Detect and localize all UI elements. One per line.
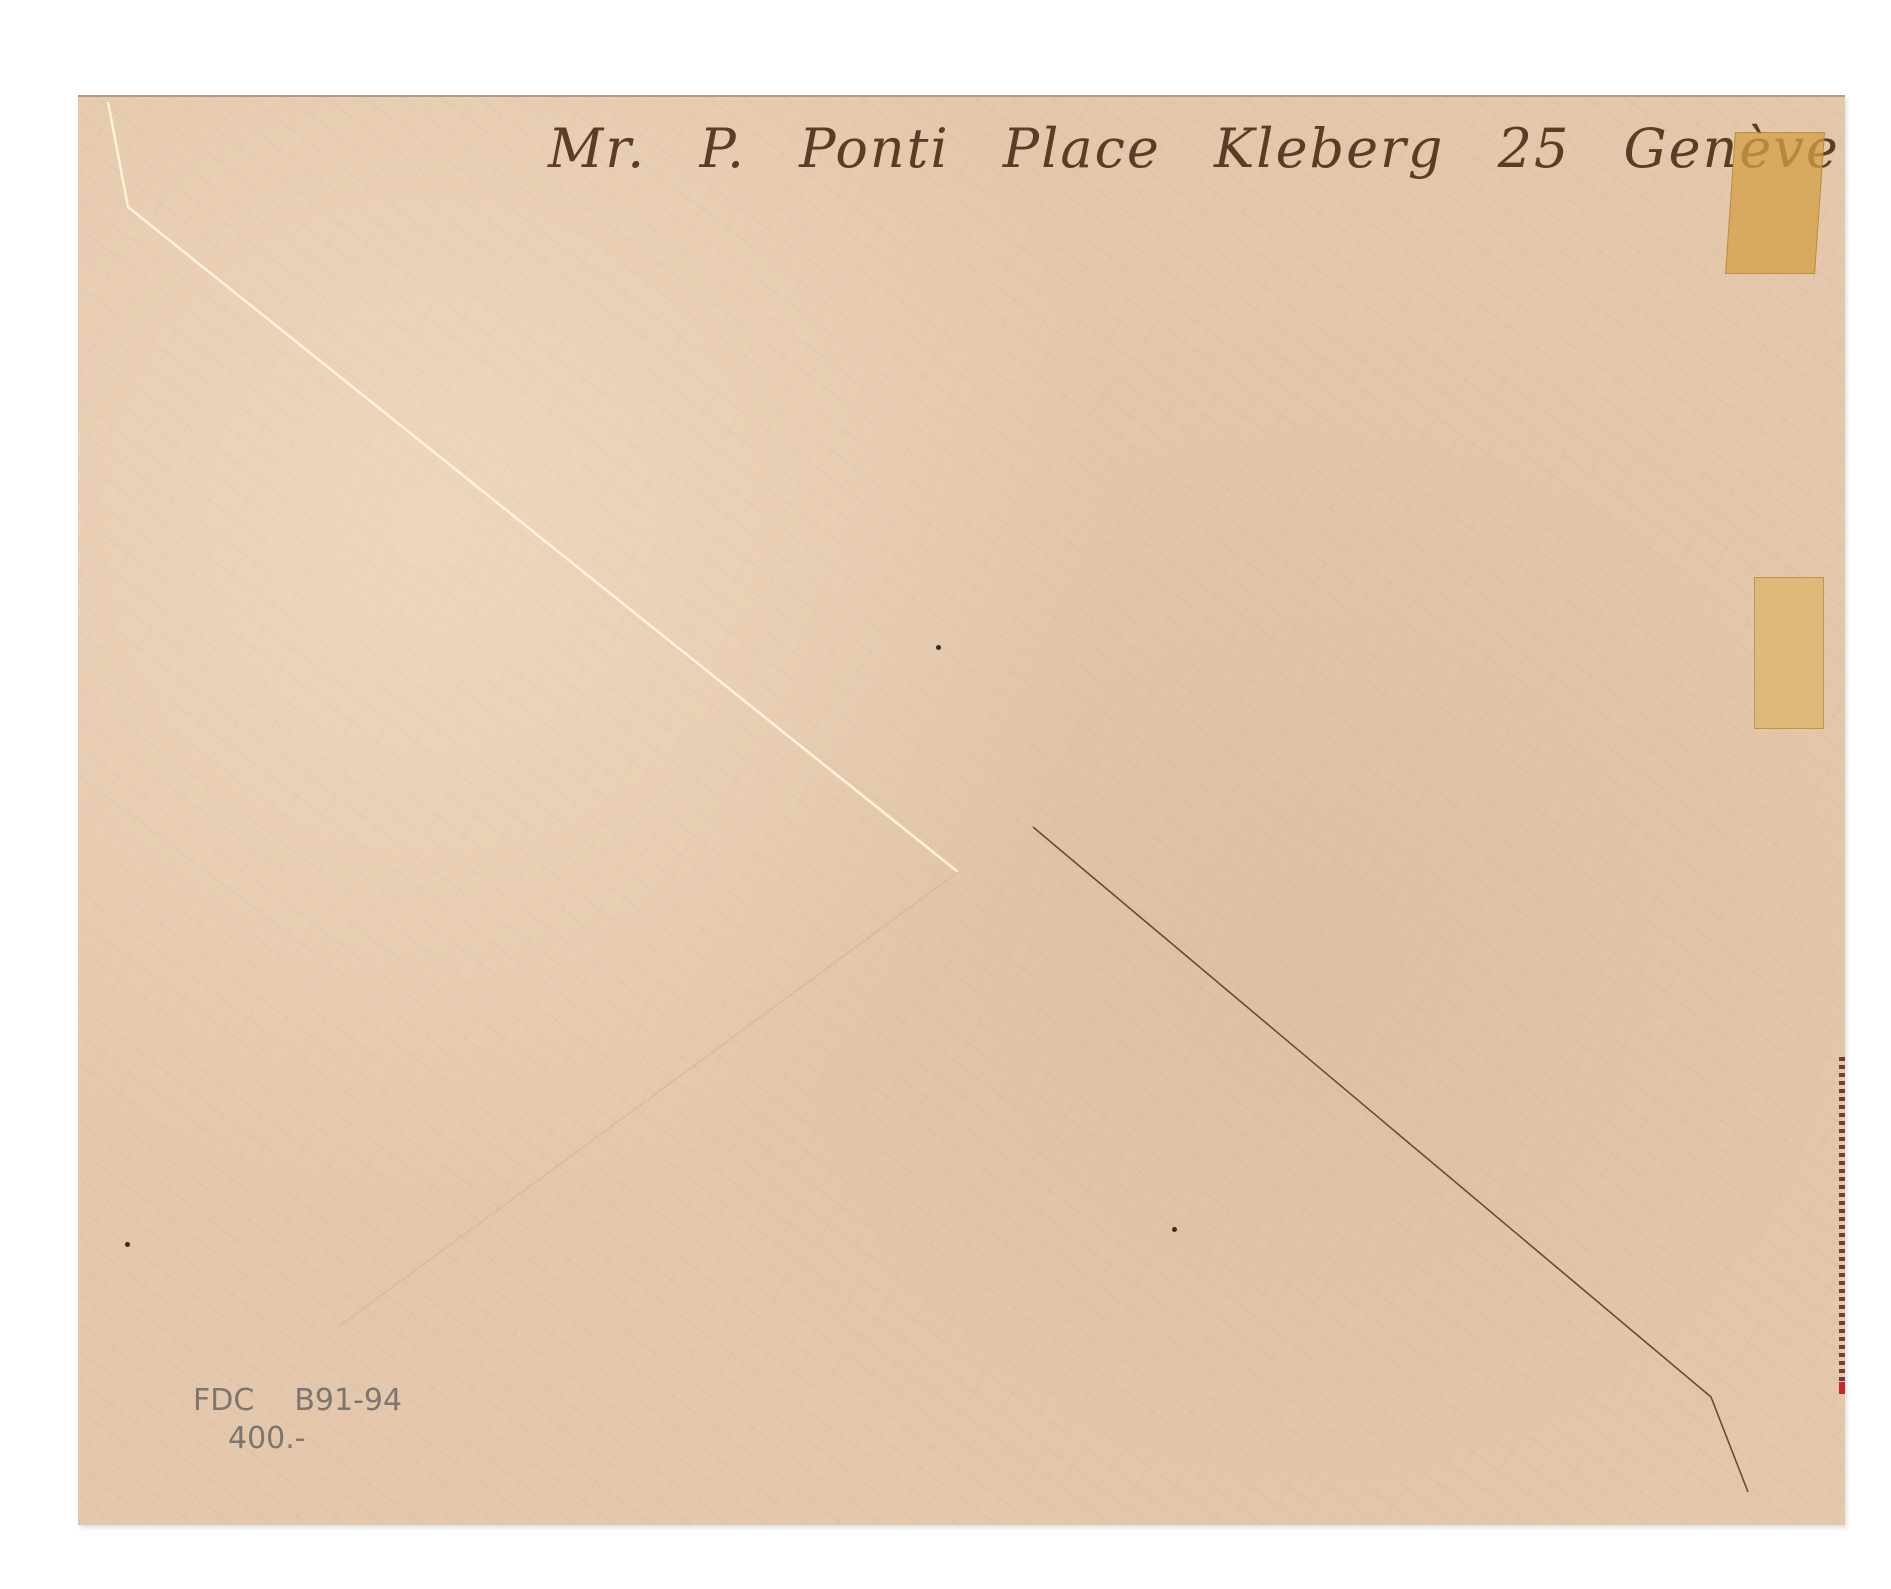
tape-piece-top [1725, 132, 1825, 274]
ink-spot [125, 1242, 130, 1247]
stamp-perforation-edge [1839, 1057, 1845, 1387]
stamp-color-edge [1839, 1382, 1845, 1394]
price-note: 400.- [193, 1420, 402, 1458]
catalog-code: FDC [193, 1383, 254, 1418]
catalog-reference: B91-94 [294, 1383, 402, 1418]
envelope-flap-seams [78, 97, 1845, 1525]
envelope-back: Mr. P. Ponti Place Kleberg 25 Genève FDC… [78, 95, 1845, 1525]
tape-piece-middle [1754, 577, 1824, 729]
ink-spot [936, 645, 941, 650]
pencil-notation: FDCB91-94 400.- [193, 1382, 402, 1458]
handwritten-address: Mr. P. Ponti Place Kleberg 25 Genève [548, 117, 1840, 180]
ink-spot [1172, 1227, 1177, 1232]
